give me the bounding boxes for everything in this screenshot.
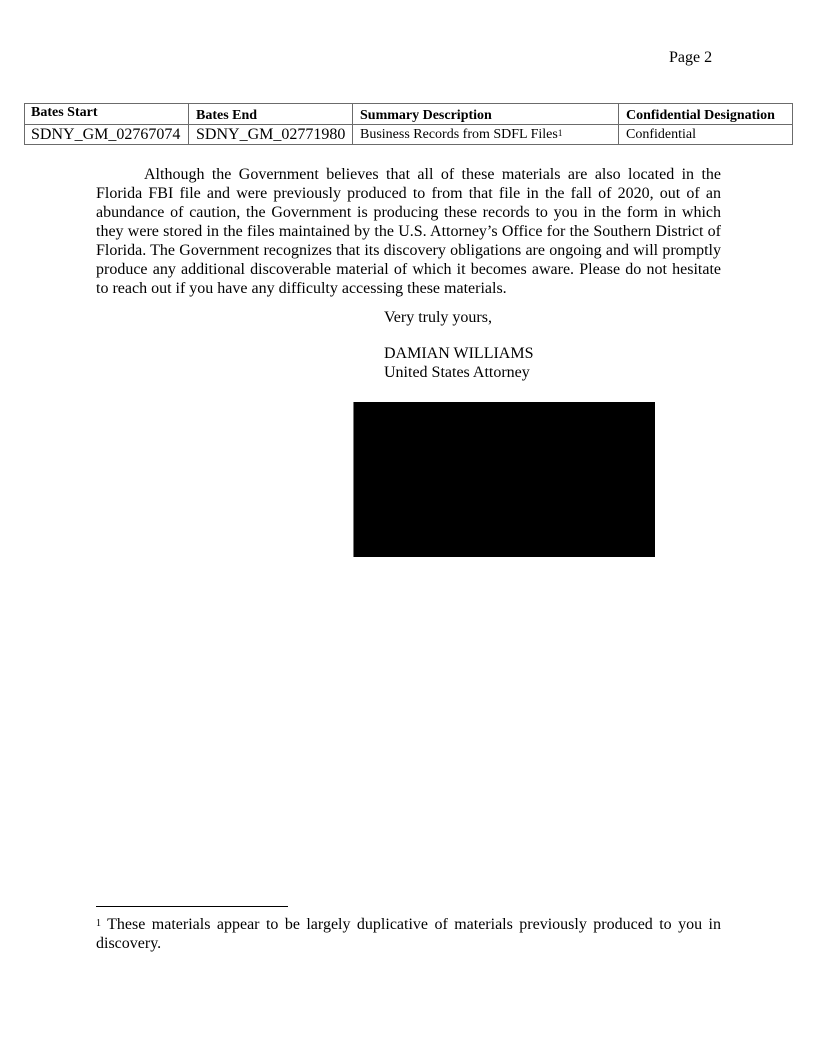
footnote-1: 1 These materials appear to be largely d… [96, 915, 721, 953]
column-header-confidential-designation: Confidential Designation [619, 104, 793, 125]
bates-production-table: Bates Start Bates End Summary Descriptio… [24, 103, 793, 145]
cell-bates-end: SDNY_GM_02771980 [189, 125, 353, 145]
column-header-label: Bates Start [31, 105, 98, 120]
footnote-separator [96, 906, 288, 907]
body-paragraph: Although the Government believes that al… [96, 165, 721, 298]
page-number: Page 2 [669, 49, 712, 67]
letter-closing: Very truly yours, [384, 308, 492, 327]
footnote-text: These materials appear to be largely dup… [96, 916, 721, 952]
cell-bates-start: SDNY_GM_02767074 [25, 125, 189, 145]
signature-redaction-block [353, 402, 655, 557]
cell-confidential-designation: Confidential [619, 125, 793, 145]
table-row: SDNY_GM_02767074 SDNY_GM_02771980 Busine… [25, 125, 793, 145]
summary-description-text: Business Records from SDFL Files [360, 127, 558, 142]
footnote-reference[interactable]: 1 [558, 128, 563, 138]
footnote-marker: 1 [96, 918, 101, 929]
signer-title: United States Attorney [384, 363, 530, 382]
column-header-bates-end: Bates End [189, 104, 353, 125]
signer-name: DAMIAN WILLIAMS [384, 344, 533, 363]
column-header-bates-start: Bates Start [25, 104, 189, 125]
cell-summary-description: Business Records from SDFL Files1 [353, 125, 619, 145]
column-header-summary-description: Summary Description [353, 104, 619, 125]
table-header-row: Bates Start Bates End Summary Descriptio… [25, 104, 793, 125]
